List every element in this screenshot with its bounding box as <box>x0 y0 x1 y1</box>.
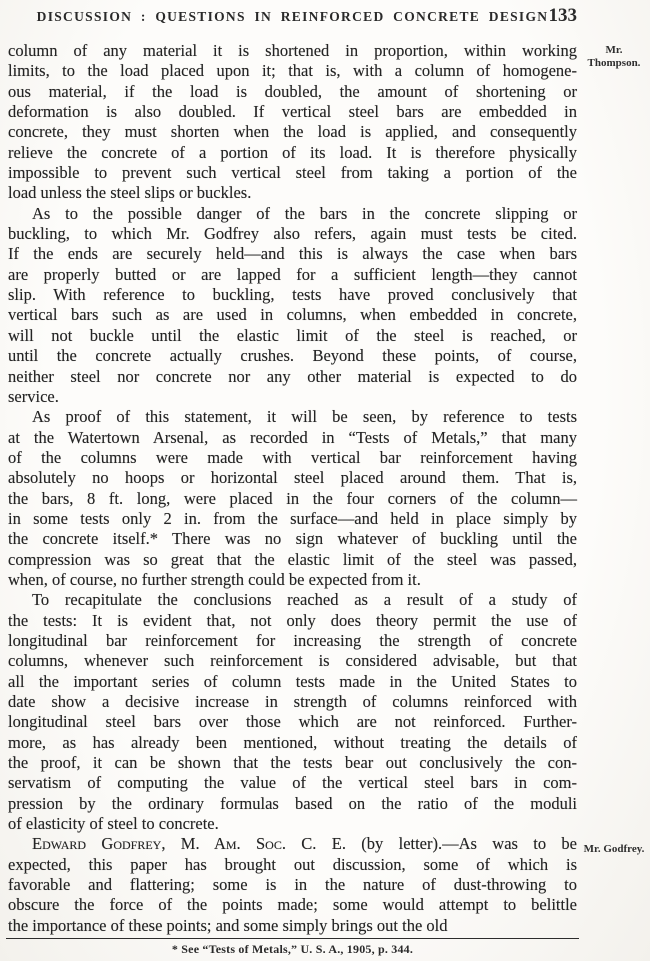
text-line: limits, to the load placed upon it; that… <box>8 61 577 81</box>
text-line: all the important series of column tests… <box>8 672 577 692</box>
body-text: column of any material it is shortened i… <box>8 41 577 936</box>
text-line: the bars, 8 ft. long, were placed in the… <box>8 489 577 509</box>
text-line: the proof, it can be shown that the test… <box>8 753 577 773</box>
text-line: slip. With reference to buckling, tests … <box>8 285 577 305</box>
text-line: buckling, to which Mr. Godfrey also refe… <box>8 224 577 244</box>
margin-note-thompson: Mr. Thompson. <box>581 44 647 70</box>
text-line: in some tests only 2 in. from the surfac… <box>8 509 577 529</box>
text-line: column of any material it is shortened i… <box>8 41 577 61</box>
text-line: relieve the concrete of a portion of its… <box>8 143 577 163</box>
text-line: longitudinal steel bars over those which… <box>8 712 577 732</box>
text-line: Edward Godfrey, M. Am. Soc. C. E. (by le… <box>8 834 577 854</box>
margin-note-godfrey: Mr. Godfrey. <box>581 843 647 856</box>
text-line: longitudinal bar reinforcement for incre… <box>8 631 577 651</box>
text-line: ous material, if the load is doubled, th… <box>8 82 577 102</box>
paragraph: To recapitulate the conclusions reached … <box>8 590 577 834</box>
footnote-divider <box>6 938 579 939</box>
text-line: load unless the steel slips or buckles. <box>8 183 577 203</box>
text-line: pression by the ordinary formulas based … <box>8 794 577 814</box>
text-line: columns, whenever such reinforcement is … <box>8 651 577 671</box>
running-title: DISCUSSION : QUESTIONS IN REINFORCED CON… <box>8 9 577 25</box>
speaker-name: Edward Godfrey, M. Am. Soc. C. E. <box>32 834 346 853</box>
text-line: are properly butted or are lapped for a … <box>8 265 577 285</box>
text-line: If the ends are securely held—and this i… <box>8 244 577 264</box>
text-line: absolutely no hoops or horizontal steel … <box>8 468 577 488</box>
page-number: 133 <box>549 5 578 27</box>
text-line: will not buckle until the elastic limit … <box>8 326 577 346</box>
text-line: favorable and flattering; some is in the… <box>8 875 577 895</box>
text-line: compression was so great that the elasti… <box>8 550 577 570</box>
text-line: vertical bars such as are used in column… <box>8 305 577 325</box>
footnote: * See “Tests of Metals,” U. S. A., 1905,… <box>8 942 577 957</box>
text-line: of elasticity of steel to concrete. <box>8 814 577 834</box>
book-page: DISCUSSION : QUESTIONS IN REINFORCED CON… <box>0 0 650 961</box>
text-line: expected, this paper has brought out dis… <box>8 855 577 875</box>
text-line: To recapitulate the conclusions reached … <box>8 590 577 610</box>
text-line: the importance of these points; and some… <box>8 916 577 936</box>
text-line: when, of course, no further strength cou… <box>8 570 577 590</box>
text-line: servatism of computing the value of the … <box>8 773 577 793</box>
text-line: As to the possible danger of the bars in… <box>8 204 577 224</box>
text-line: until the concrete actually crushes. Bey… <box>8 346 577 366</box>
paragraph: As to the possible danger of the bars in… <box>8 204 577 407</box>
paragraph: As proof of this statement, it will be s… <box>8 407 577 590</box>
text-line: at the Watertown Arsenal, as recorded in… <box>8 428 577 448</box>
text-line: impossible to prevent such vertical stee… <box>8 163 577 183</box>
paragraph: column of any material it is shortened i… <box>8 41 577 204</box>
text-line: of the columns were made with vertical b… <box>8 448 577 468</box>
text-line: concrete, they must shorten when the loa… <box>8 122 577 142</box>
text-line: the tests: It is evident that, not only … <box>8 611 577 631</box>
text-line: deformation is also doubled. If vertical… <box>8 102 577 122</box>
text-line: service. <box>8 387 577 407</box>
text-line: As proof of this statement, it will be s… <box>8 407 577 427</box>
text-line: obscure the force of the points made; so… <box>8 895 577 915</box>
text-line: the concrete itself.* There was no sign … <box>8 529 577 549</box>
text-line: neither steel nor concrete nor any other… <box>8 367 577 387</box>
text-line: date show a decisive increase in strengt… <box>8 692 577 712</box>
text-line: more, as has already been mentioned, wit… <box>8 733 577 753</box>
paragraph: Edward Godfrey, M. Am. Soc. C. E. (by le… <box>8 834 577 936</box>
